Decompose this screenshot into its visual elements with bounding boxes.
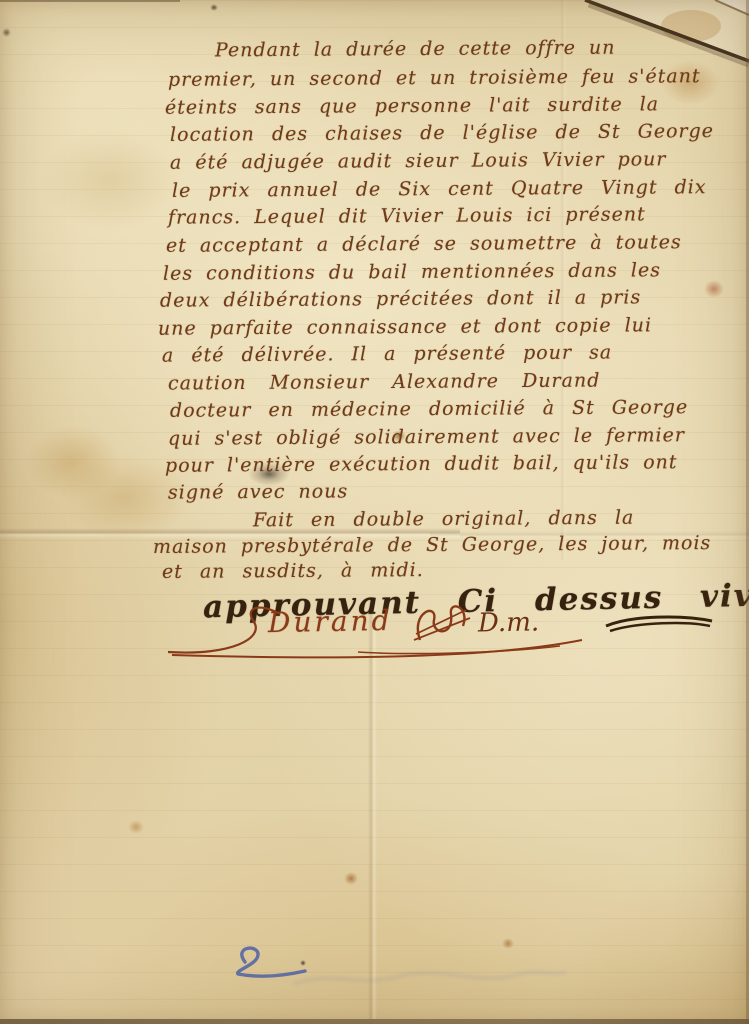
manuscript-line: et acceptant a déclaré se soumettre à to…: [166, 231, 682, 257]
stain: [344, 872, 358, 885]
scanned-manuscript-page: Pendant la durée de cette offre un premi…: [0, 0, 749, 1024]
stain: [704, 280, 724, 298]
folded-corner: [579, 0, 749, 78]
manuscript-line: éteints sans que personne l'ait surdite …: [165, 93, 659, 118]
manuscript-line: caution Monsieur Alexandre Durand: [168, 369, 600, 394]
closing-line: Fait en double original, dans la: [253, 507, 634, 532]
approval-underline-flourish: [600, 612, 720, 636]
manuscript-line: location des chaises de l'église de St G…: [170, 120, 714, 146]
manuscript-line: deux délibérations précitées dont il a p…: [160, 286, 641, 311]
manuscript-line: docteur en médecine domicilié à St Georg…: [170, 396, 688, 422]
manuscript-line: les conditions du bail mentionnées dans …: [163, 259, 661, 284]
ink-speck: [210, 4, 218, 11]
manuscript-line: une parfaite connaissance et dont copie …: [158, 314, 652, 339]
stain: [25, 425, 120, 500]
manuscript-line: qui s'est obligé solidairement avec le f…: [168, 424, 685, 450]
ghost-ink-mark: [290, 958, 570, 994]
scan-edge-top: [0, 0, 180, 2]
manuscript-line: le prix annuel de Six cent Quatre Vingt …: [172, 176, 707, 202]
closing-line: maison presbytérale de St George, les jo…: [153, 532, 711, 558]
stain: [502, 938, 514, 949]
manuscript-line: signé avec nous: [168, 480, 348, 503]
manuscript-line: a été délivrée. Il a présenté pour sa: [162, 341, 612, 366]
closing-line: et an susdits, à midi.: [162, 559, 424, 583]
signature-tail-sweep: [162, 600, 592, 662]
manuscript-line: Pendant la durée de cette offre un: [215, 37, 616, 62]
scan-edge-bottom: [0, 1019, 749, 1024]
manuscript-line: a été adjugée audit sieur Louis Vivier p…: [170, 148, 667, 173]
ink-speck: [2, 28, 11, 37]
stain: [40, 130, 180, 230]
stain: [128, 820, 144, 834]
manuscript-line: pour l'entière exécution dudit bail, qu'…: [165, 451, 678, 477]
manuscript-line: francs. Lequel dit Vivier Louis ici prés…: [168, 203, 646, 228]
